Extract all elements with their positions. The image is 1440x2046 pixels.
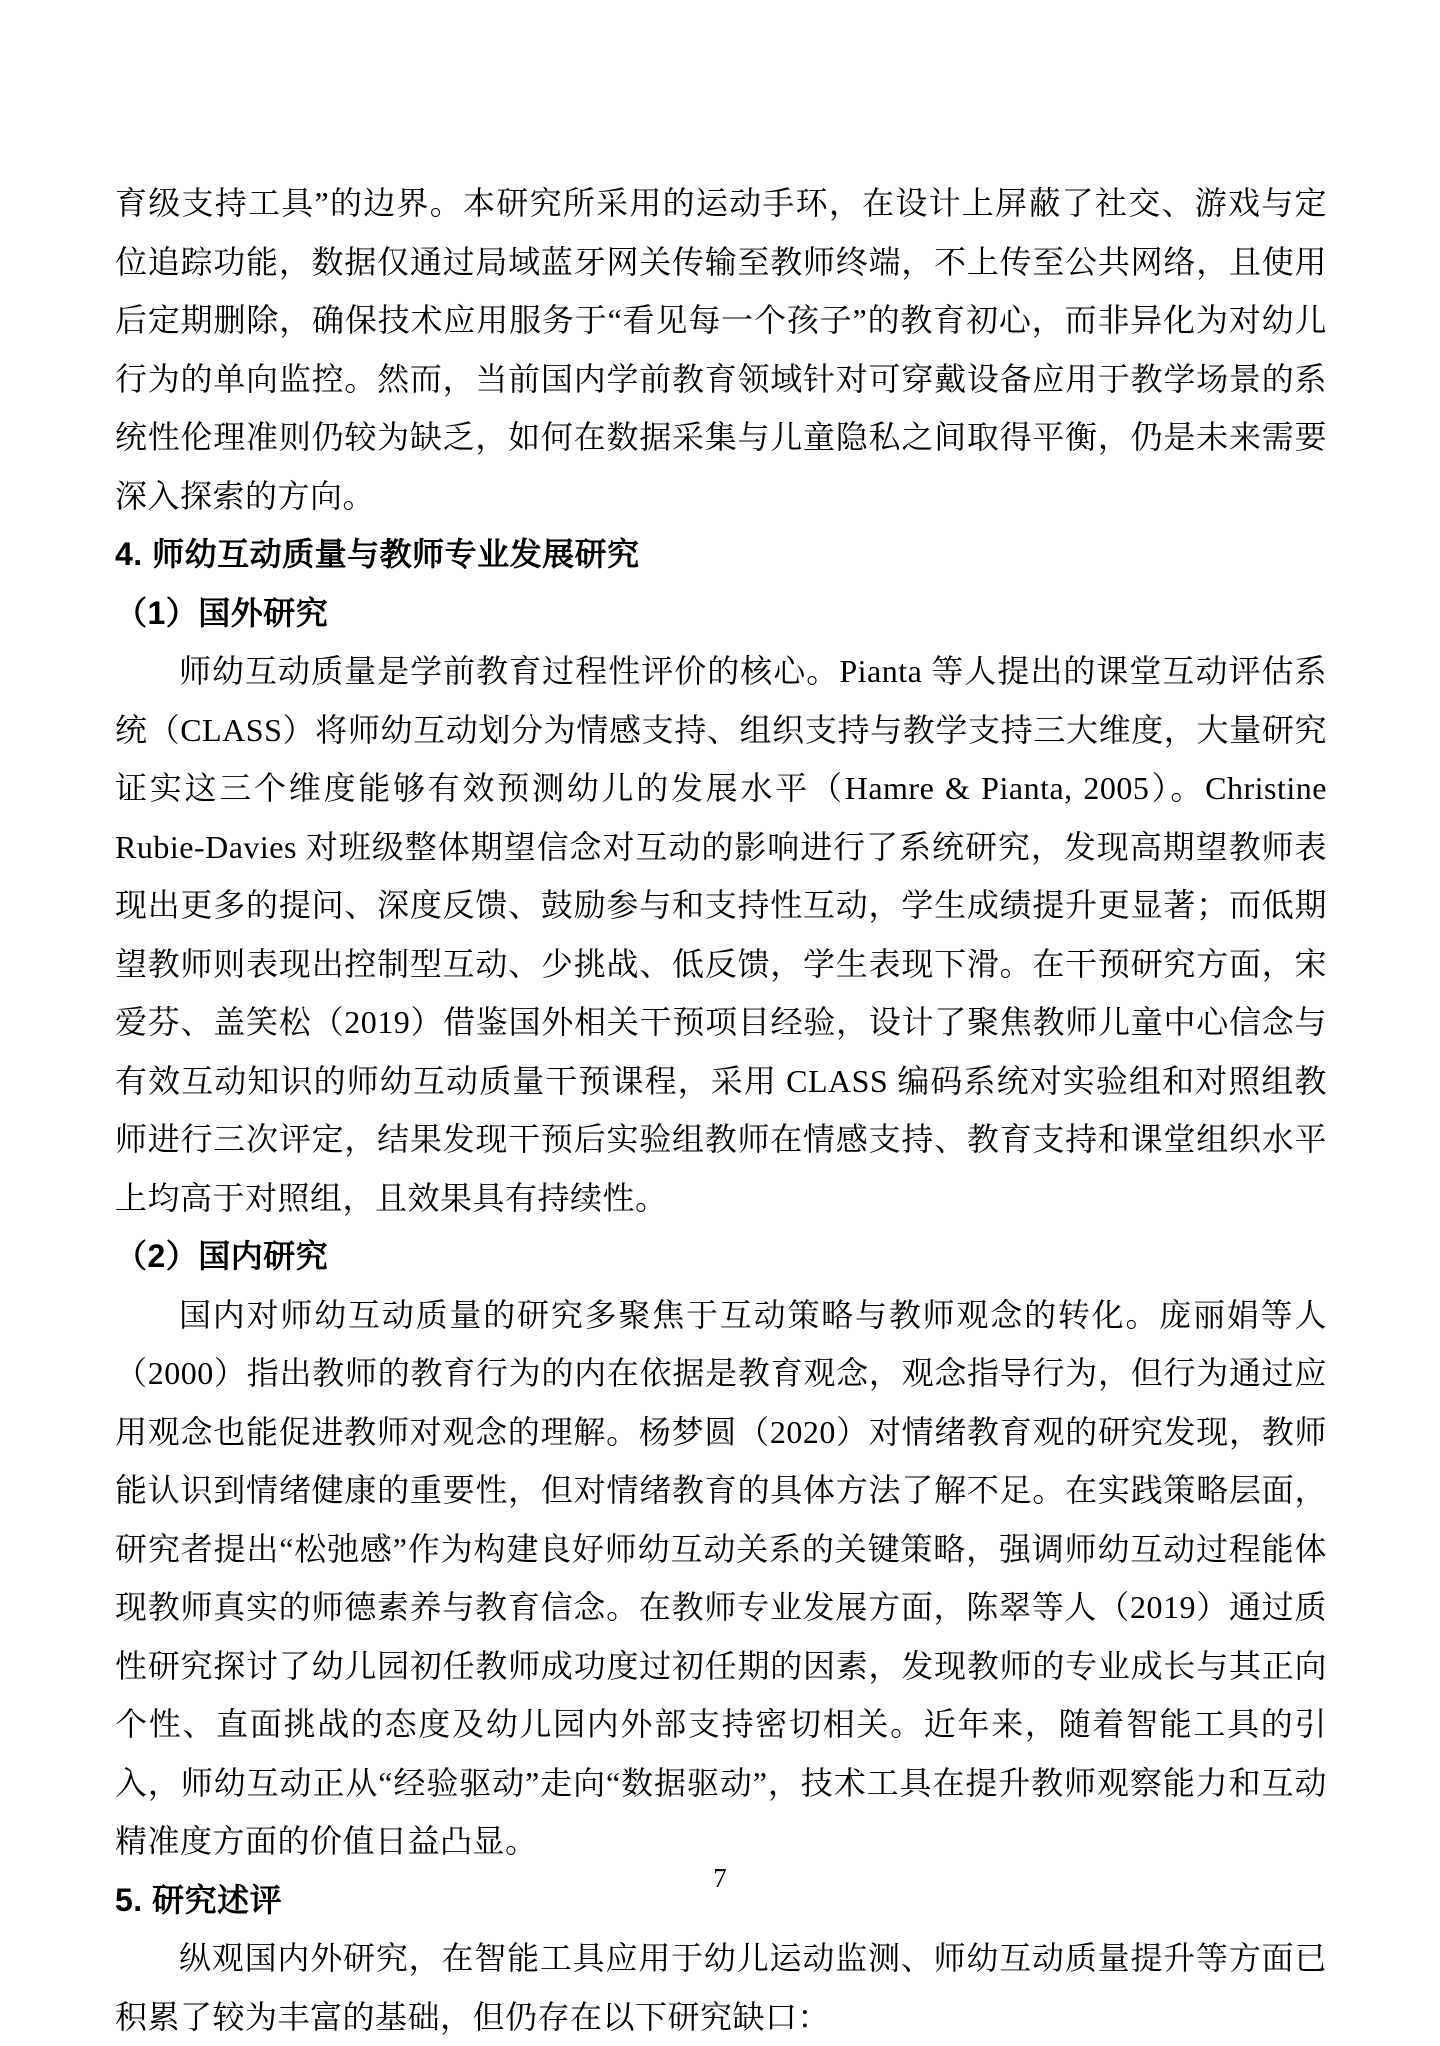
subsection-heading-4-1-foreign-research: （1）国外研究 [115, 584, 1327, 643]
paragraph-domestic-research: 国内对师幼互动质量的研究多聚焦于互动策略与教师观念的转化。庞丽娟等人（2000）… [115, 1286, 1327, 1871]
subsection-heading-4-2-domestic-research: （2）国内研究 [115, 1227, 1327, 1286]
section-heading-4-teacher-child-interaction: 4. 师幼互动质量与教师专业发展研究 [115, 525, 1327, 584]
paragraph-wearable-ethics-continuation: 育级支持工具”的边界。本研究所采用的运动手环，在设计上屏蔽了社交、游戏与定位追踪… [115, 174, 1327, 525]
paragraph-research-review: 纵观国内外研究，在智能工具应用于幼儿运动监测、师幼互动质量提升等方面已积累了较为… [115, 1929, 1327, 2046]
document-page: 育级支持工具”的边界。本研究所采用的运动手环，在设计上屏蔽了社交、游戏与定位追踪… [0, 0, 1440, 2036]
page-number: 7 [0, 1862, 1440, 1894]
paragraph-foreign-research: 师幼互动质量是学前教育过程性评价的核心。Pianta 等人提出的课堂互动评估系统… [115, 642, 1327, 1227]
document-body: 育级支持工具”的边界。本研究所采用的运动手环，在设计上屏蔽了社交、游戏与定位追踪… [115, 174, 1327, 2046]
